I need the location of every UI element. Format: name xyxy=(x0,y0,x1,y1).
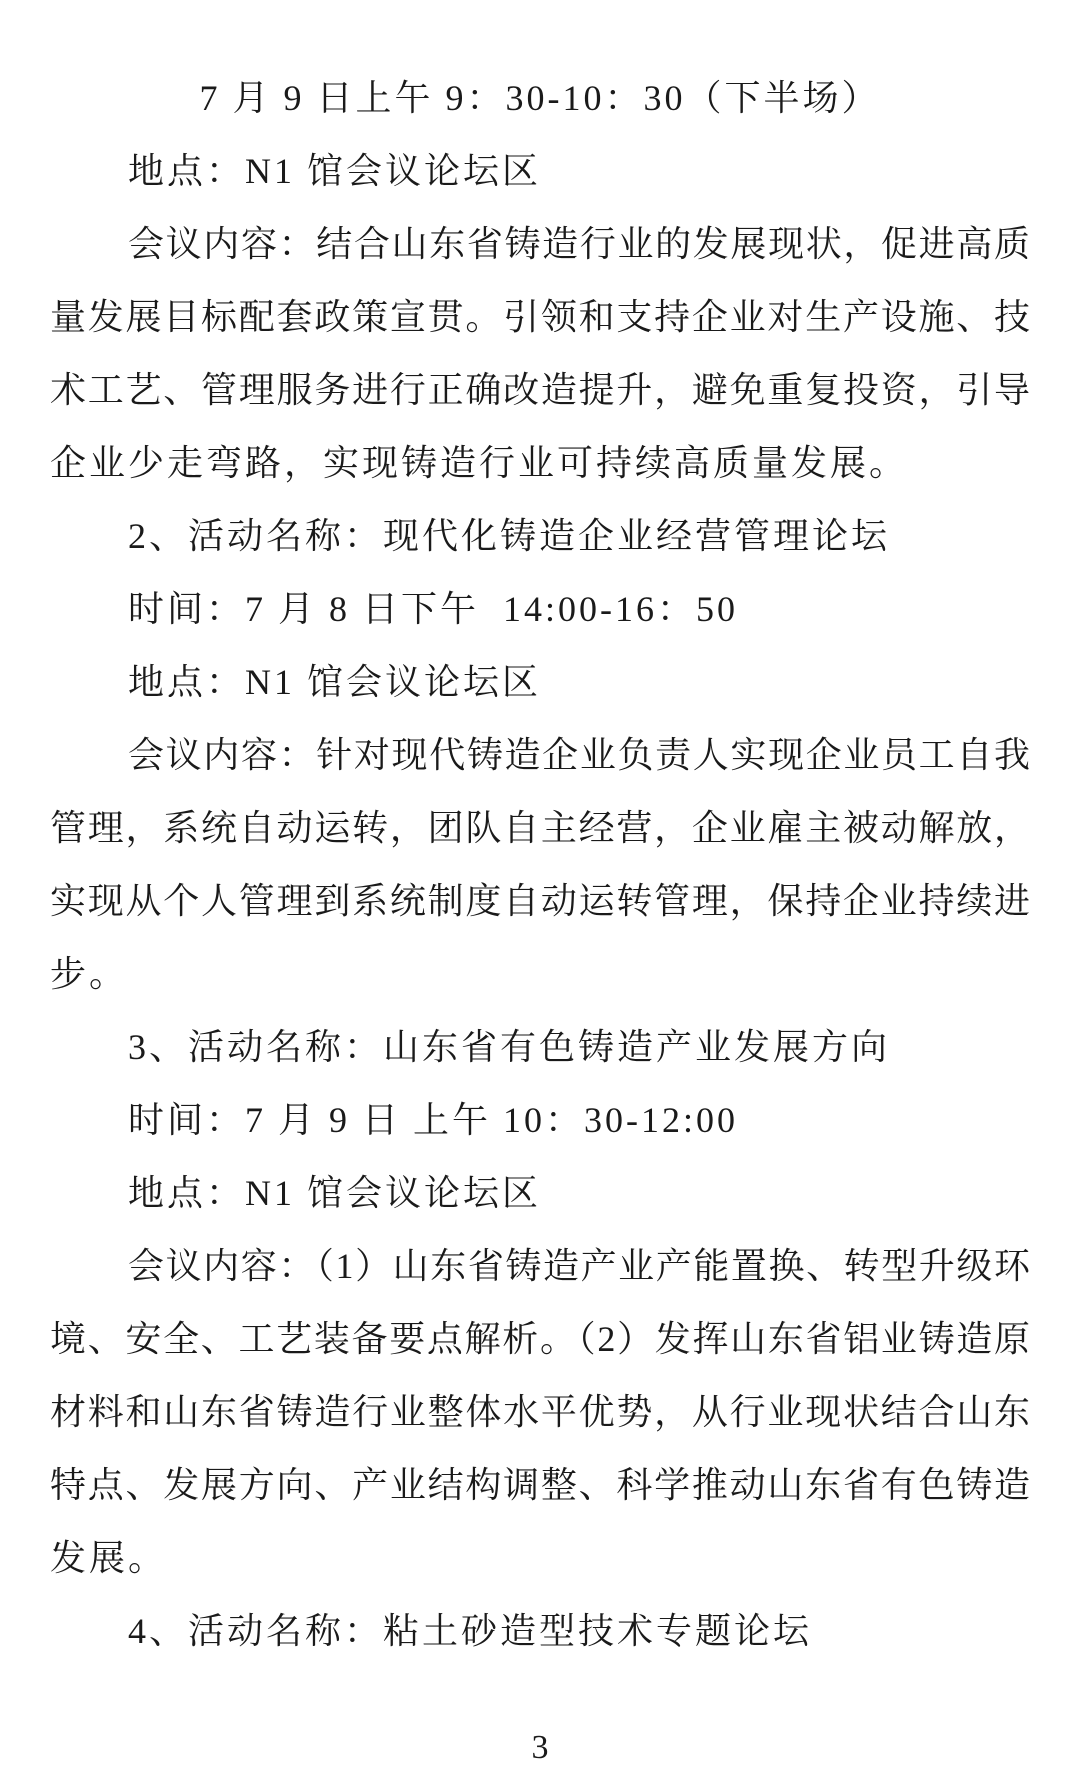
text-line-2: 地点：N1 馆会议论坛区 xyxy=(50,135,1030,208)
text-line-15: 时间：7 月 9 日 上午 10：30-12:00 xyxy=(50,1084,1030,1157)
text-line-9: 地点：N1 馆会议论坛区 xyxy=(50,646,1030,719)
text-line-17: 会议内容：（1）山东省铸造产业产能置换、转型升级环 xyxy=(50,1230,1030,1303)
text-line-16: 地点：N1 馆会议论坛区 xyxy=(50,1157,1030,1230)
page-number: 3 xyxy=(532,1729,549,1766)
text-line-22: 4、活动名称：粘土砂造型技术专题论坛 xyxy=(50,1595,1030,1668)
document-body: 7 月 9 日上午 9：30-10：30（下半场）地点：N1 馆会议论坛区会议内… xyxy=(50,62,1030,1668)
text-line-5: 术工艺、管理服务进行正确改造提升，避免重复投资，引导 xyxy=(50,354,1030,427)
text-line-12: 实现从个人管理到系统制度自动运转管理，保持企业持续进 xyxy=(50,865,1030,938)
text-line-18: 境、安全、工艺装备要点解析。（2）发挥山东省铝业铸造原 xyxy=(50,1303,1030,1376)
document-page: 7 月 9 日上午 9：30-10：30（下半场）地点：N1 馆会议论坛区会议内… xyxy=(0,0,1080,1786)
page-footer: 3 xyxy=(0,1716,1080,1780)
text-line-3: 会议内容：结合山东省铸造行业的发展现状，促进高质 xyxy=(50,208,1030,281)
text-line-11: 管理，系统自动运转，团队自主经营，企业雇主被动解放， xyxy=(50,792,1030,865)
text-line-14: 3、活动名称：山东省有色铸造产业发展方向 xyxy=(50,1011,1030,1084)
text-line-7: 2、活动名称：现代化铸造企业经营管理论坛 xyxy=(50,500,1030,573)
text-line-10: 会议内容：针对现代铸造企业负责人实现企业员工自我 xyxy=(50,719,1030,792)
text-line-20: 特点、发展方向、产业结构调整、科学推动山东省有色铸造 xyxy=(50,1449,1030,1522)
text-line-1: 7 月 9 日上午 9：30-10：30（下半场） xyxy=(50,62,1030,135)
text-line-13: 步。 xyxy=(50,938,1030,1011)
text-line-6: 企业少走弯路，实现铸造行业可持续高质量发展。 xyxy=(50,427,1030,500)
text-line-21: 发展。 xyxy=(50,1522,1030,1595)
text-line-19: 材料和山东省铸造行业整体水平优势，从行业现状结合山东 xyxy=(50,1376,1030,1449)
text-line-8: 时间：7 月 8 日下午 14:00-16：50 xyxy=(50,573,1030,646)
text-line-4: 量发展目标配套政策宣贯。引领和支持企业对生产设施、技 xyxy=(50,281,1030,354)
